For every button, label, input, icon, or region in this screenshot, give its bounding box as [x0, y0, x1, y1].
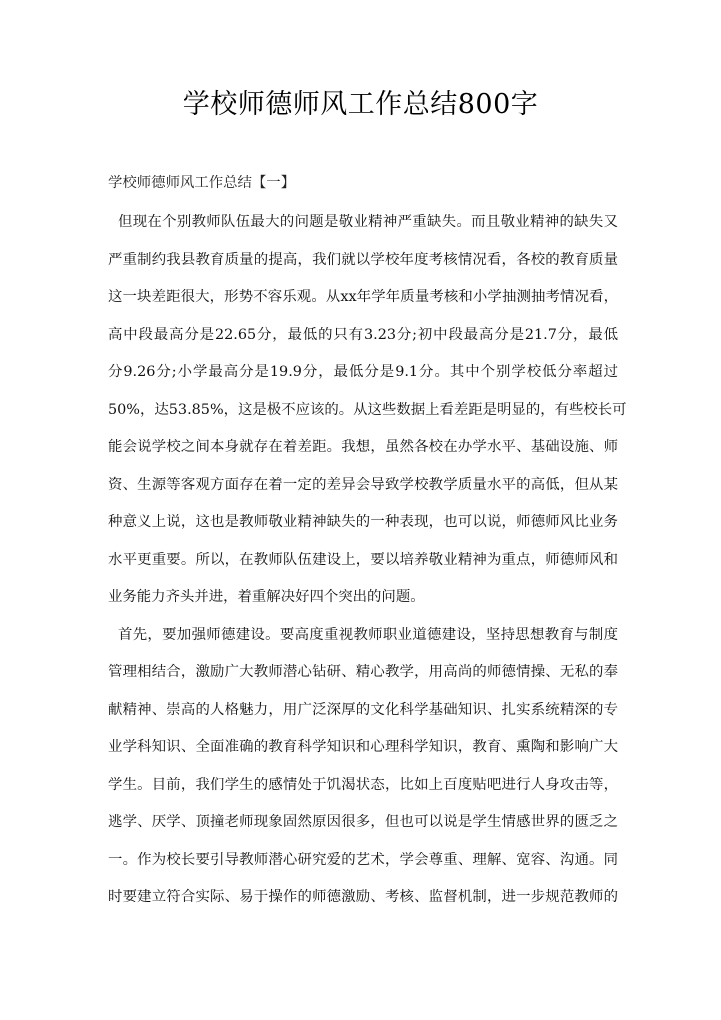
document-title: 学校师德师风工作总结800字 [0, 88, 721, 122]
paragraph-2-line: 学生。目前，我们学生的感情处于饥渴状态，比如上百度贴吧进行人身攻击等， [108, 770, 618, 808]
paragraph-1-line: 资、生源等客观方面存在着一定的差异会导致学校教学质量水平的高低，但从某 [108, 470, 618, 508]
paragraph-2-line: 献精神、崇高的人格魅力，用广泛深厚的文化科学基础知识、扎实系统精深的专 [108, 695, 618, 733]
document-page: 学校师德师风工作总结800字 学校师德师风工作总结【一】 但现在个别教师队伍最大… [0, 0, 721, 1020]
paragraph-1-line: 分9.26分;小学最高分是19.9分，最低分是9.1分。其中个别学校低分率超过 [108, 357, 618, 395]
paragraph-1-line: 业务能力齐头并进，着重解决好四个突出的问题。 [108, 582, 618, 620]
paragraph-2-line: 时要建立符合实际、易于操作的师德激励、考核、监督机制，进一步规范教师的 [108, 882, 618, 920]
paragraph-1-line: 这一块差距很大，形势不容乐观。从xx年学年质量考核和小学抽测抽考情况看， [108, 282, 618, 320]
paragraph-2-line: 一。作为校长要引导教师潜心研究爱的艺术，学会尊重、理解、宽容、沟通。同 [108, 845, 618, 883]
paragraph-2-line: 业学科知识、全面准确的教育科学知识和心理科学知识，教育、熏陶和影响广大 [108, 732, 618, 770]
section-heading: 学校师德师风工作总结【一】 [108, 173, 295, 193]
paragraph-1-line: 种意义上说，这也是教师敬业精神缺失的一种表现，也可以说，师德师风比业务 [108, 507, 618, 545]
paragraph-1-line: 高中段最高分是22.65分，最低的只有3.23分;初中段最高分是21.7分，最低 [108, 320, 618, 358]
paragraph-1-line: 50%，达53.85%，这是极不应该的。从这些数据上看差距是明显的，有些校长可 [108, 395, 618, 433]
paragraph-1-line: 水平更重要。所以，在教师队伍建设上，要以培养敬业精神为重点，师德师风和 [108, 545, 618, 583]
paragraph-2-line: 管理相结合，激励广大教师潜心钻研、精心教学，用高尚的师德情操、无私的奉 [108, 657, 618, 695]
paragraph-1-line: 能会说学校之间本身就存在着差距。我想，虽然各校在办学水平、基础设施、师 [108, 432, 618, 470]
paragraph-2-line: 逃学、厌学、顶撞老师现象固然原因很多，但也可以说是学生情感世界的匮乏之 [108, 807, 618, 845]
paragraph-1-line: 但现在个别教师队伍最大的问题是敬业精神严重缺失。而且敬业精神的缺失又 [108, 207, 618, 245]
document-body: 但现在个别教师队伍最大的问题是敬业精神严重缺失。而且敬业精神的缺失又 严重制约我… [108, 207, 618, 920]
paragraph-2-line: 首先，要加强师德建设。要高度重视教师职业道德建设，坚持思想教育与制度 [108, 620, 618, 658]
paragraph-1-line: 严重制约我县教育质量的提高，我们就以学校年度考核情况看，各校的教育质量 [108, 245, 618, 283]
